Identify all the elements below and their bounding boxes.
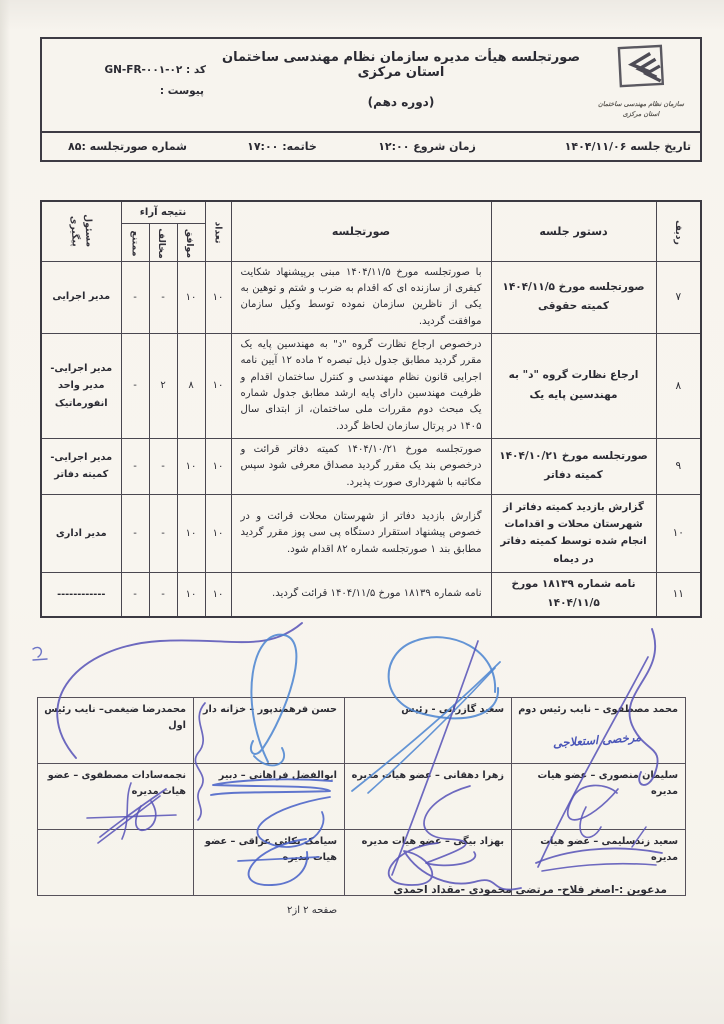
agree-cell: ۱۰	[177, 572, 205, 616]
signature-cell: سلیمان منصوری – عضو هیات مدیره	[512, 764, 686, 830]
count-cell: ۱۰	[205, 494, 231, 572]
disagree-cell: -	[149, 438, 177, 494]
document-subtitle: (دوره دهم)	[220, 95, 582, 109]
signer-name: سعید زندسلیمی – عضو هیات مدیره	[516, 834, 678, 865]
follow-up-cell: مدیر اجرایی- مدیر واحد انفورماتیک	[41, 333, 121, 438]
col-header-minutes: صورتجلسه	[231, 201, 491, 261]
row-number: ۹	[656, 438, 701, 494]
logo-caption-line1: سازمان نظام مهندسی ساختمان	[582, 100, 700, 110]
minutes-table: ردیف دستور جلسه صورتجلسه تعداد نتیجه آرا…	[40, 200, 702, 618]
abstain-cell: -	[121, 438, 149, 494]
meeting-start-time: زمان شروع ۱۲:۰۰	[351, 140, 503, 153]
follow-up-cell: مدیر اجرایی- کمیته دفاتر	[41, 438, 121, 494]
document-title: صورتجلسه هیأت مدیره سازمان نظام مهندسی س…	[220, 50, 582, 80]
logo-caption: سازمان نظام مهندسی ساختمان استان مرکزی	[582, 100, 700, 119]
follow-up-cell: مدیر اجرایی	[41, 261, 121, 333]
code-label: کد :	[186, 64, 206, 76]
code-block: کد : GN-FR-۰۰۱-۰۲ پیوست :	[42, 39, 220, 131]
meeting-date: تاریخ جلسه ۱۴۰۴/۱۱/۰۶	[503, 140, 700, 153]
table-row: ۹ صورتجلسه مورخ ۱۴۰۴/۱۰/۲۱ کمیته دفاتر ص…	[41, 438, 701, 494]
signature-cell: محمد مصطفوی – نایب رئیس دوم مرخصی استعلا…	[512, 698, 686, 764]
signer-name: بهزاد بیگی – عضو هیات مدیره	[349, 834, 504, 850]
organization-logo-icon	[615, 44, 667, 94]
signature-row: محمد مصطفوی – نایب رئیس دوم مرخصی استعلا…	[38, 698, 686, 764]
table-row: ۷ صورتجلسه مورخ ۱۴۰۴/۱۱/۵ کمیته حقوقی با…	[41, 261, 701, 333]
margin-mark	[33, 647, 47, 660]
count-cell: ۱۰	[205, 333, 231, 438]
disagree-cell: -	[149, 572, 177, 616]
minutes-cell: نامه شماره ۱۸۱۳۹ مورخ ۱۴۰۴/۱۱/۵ قرائت گر…	[231, 572, 491, 616]
meeting-info-row: تاریخ جلسه ۱۴۰۴/۱۱/۰۶ زمان شروع ۱۲:۰۰ خا…	[42, 131, 700, 160]
col-header-agree: موافق	[177, 223, 205, 261]
agree-cell: ۱۰	[177, 438, 205, 494]
agenda-cell: صورتجلسه مورخ ۱۴۰۴/۱۱/۵ کمیته حقوقی	[491, 261, 656, 333]
code-value: GN-FR-۰۰۱-۰۲	[105, 64, 183, 76]
agenda-cell: گزارش بازدید کمیته دفاتر از شهرستان محلا…	[491, 494, 656, 572]
page-number: صفحه ۲ از۲	[287, 905, 337, 916]
abstain-cell: -	[121, 333, 149, 438]
signature-cell: نجمه‌سادات مصطفوی – عضو هیات مدیره	[38, 764, 194, 830]
agenda-cell: صورتجلسه مورخ ۱۴۰۴/۱۰/۲۱ کمیته دفاتر	[491, 438, 656, 494]
logo-caption-line2: استان مرکزی	[582, 110, 700, 120]
row-number: ۸	[656, 333, 701, 438]
signer-name: ابوالفضل فراهانی – دبیر	[198, 768, 337, 784]
disagree-cell: ۲	[149, 333, 177, 438]
count-cell: ۱۰	[205, 438, 231, 494]
signer-name: نجمه‌سادات مصطفوی – عضو هیات مدیره	[42, 768, 186, 799]
agree-cell: ۱۰	[177, 494, 205, 572]
row-number: ۷	[656, 261, 701, 333]
signature-cell: سیامک بکائی عراقی – عضو هیات مدیره	[194, 830, 345, 896]
signature-cell: حسن فرهمندپور – خزانه دار	[194, 698, 345, 764]
logo-block: سازمان نظام مهندسی ساختمان استان مرکزی	[582, 39, 700, 131]
abstain-cell: -	[121, 572, 149, 616]
agenda-cell: ارجاع نظارت گروه "د" به مهندسین پایه یک	[491, 333, 656, 438]
row-number: ۱۰	[656, 494, 701, 572]
signature-row: سلیمان منصوری – عضو هیات مدیره زهرا دهقا…	[38, 764, 686, 830]
table-row: ۸ ارجاع نظارت گروه "د" به مهندسین پایه ی…	[41, 333, 701, 438]
document-header: سازمان نظام مهندسی ساختمان استان مرکزی ص…	[40, 37, 702, 162]
signer-name: حسن فرهمندپور – خزانه دار	[198, 702, 337, 718]
count-cell: ۱۰	[205, 572, 231, 616]
signer-name: سلیمان منصوری – عضو هیات مدیره	[516, 768, 678, 799]
signatures-table: محمد مصطفوی – نایب رئیس دوم مرخصی استعلا…	[37, 697, 686, 896]
header-top-row: سازمان نظام مهندسی ساختمان استان مرکزی ص…	[42, 39, 700, 131]
disagree-cell: -	[149, 261, 177, 333]
scanned-document-page: سازمان نظام مهندسی ساختمان استان مرکزی ص…	[0, 0, 724, 1024]
count-cell: ۱۰	[205, 261, 231, 333]
attachment-label: پیوست :	[42, 85, 220, 97]
col-header-agenda: دستور جلسه	[491, 201, 656, 261]
signature-cell: سعید گازرانی - رئیس	[345, 698, 512, 764]
table-row: ۱۱ نامه شماره ۱۸۱۳۹ مورخ ۱۴۰۴/۱۱/۵ نامه …	[41, 572, 701, 616]
title-block: صورتجلسه هیأت مدیره سازمان نظام مهندسی س…	[220, 39, 582, 131]
agenda-cell: نامه شماره ۱۸۱۳۹ مورخ ۱۴۰۴/۱۱/۵	[491, 572, 656, 616]
minutes-cell: درخصوص ارجاع نظارت گروه "د" به مهندسین پ…	[231, 333, 491, 438]
abstain-cell: -	[121, 261, 149, 333]
signer-name: محمد مصطفوی – نایب رئیس دوم	[516, 702, 678, 718]
invitees-line: مدعوین :-اصغر فلاح- مرتضی محمودی -مقداد …	[393, 884, 667, 896]
row-number: ۱۱	[656, 572, 701, 616]
minutes-cell: با صورتجلسه مورخ ۱۴۰۴/۱۱/۵ مبنی برپیشنها…	[231, 261, 491, 333]
disagree-cell: -	[149, 494, 177, 572]
document-code: کد : GN-FR-۰۰۱-۰۲	[42, 64, 220, 76]
follow-up-cell: ------------	[41, 572, 121, 616]
minutes-cell: گزارش بازدید دفاتر از شهرستان محلات قرائ…	[231, 494, 491, 572]
signer-name: زهرا دهقانی – عضو هیات مدیره	[349, 768, 504, 784]
meeting-end-time: خاتمه: ۱۷:۰۰	[213, 140, 351, 153]
col-header-disagree: مخالف	[149, 223, 177, 261]
follow-up-cell: مدیر اداری	[41, 494, 121, 572]
col-header-follow-up: مسئول پیگیری	[41, 201, 121, 261]
signer-name: سیامک بکائی عراقی – عضو هیات مدیره	[198, 834, 337, 865]
agree-cell: ۸	[177, 333, 205, 438]
col-header-votes-group: نتیجه آراء	[121, 201, 205, 223]
table-row: ۱۰ گزارش بازدید کمیته دفاتر از شهرستان م…	[41, 494, 701, 572]
signature-cell: محمدرضا ضیغمی– نایب رئیس اول	[38, 698, 194, 764]
signature-cell	[38, 830, 194, 896]
col-header-count: تعداد	[205, 201, 231, 261]
signer-name: سعید گازرانی - رئیس	[349, 702, 504, 718]
agree-cell: ۱۰	[177, 261, 205, 333]
signature-cell: ابوالفضل فراهانی – دبیر	[194, 764, 345, 830]
minutes-number: شماره صورتجلسه :۸۵	[42, 140, 213, 153]
signature-cell: زهرا دهقانی – عضو هیات مدیره	[345, 764, 512, 830]
col-header-abstain: ممتنع	[121, 223, 149, 261]
abstain-cell: -	[121, 494, 149, 572]
signer-name: محمدرضا ضیغمی– نایب رئیس اول	[42, 702, 186, 733]
col-header-row-no: ردیف	[656, 201, 701, 261]
minutes-cell: صورتجلسه مورخ ۱۴۰۴/۱۰/۲۱ کمیته دفاتر قرا…	[231, 438, 491, 494]
handwritten-note: مرخصی استعلاجی	[516, 725, 679, 755]
